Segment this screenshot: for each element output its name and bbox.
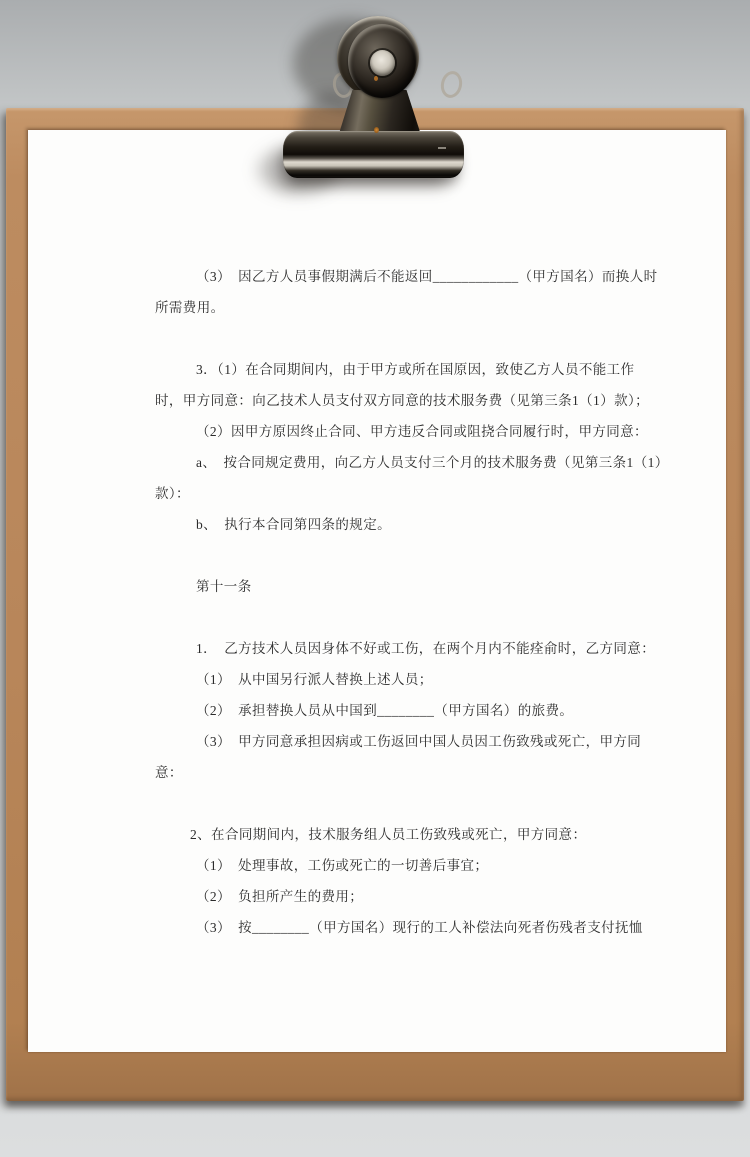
- doc-heading-article-11: 第十一条: [155, 571, 655, 602]
- doc-line-blank: [155, 602, 655, 633]
- doc-line: 3．（1）在合同期间内，由于甲方或所在国原因，致使乙方人员不能工作: [155, 354, 655, 385]
- doc-line-blank: [155, 788, 655, 819]
- doc-line: （2）因甲方原因终止合同、甲方违反合同或阻挠合同履行时，甲方同意：: [155, 416, 655, 447]
- doc-line-blank: [155, 323, 655, 354]
- document-text: （3） 因乙方人员事假期满后不能返回____________（甲方国名）而换人时…: [155, 261, 655, 943]
- doc-line: （2） 负担所产生的费用；: [155, 881, 655, 912]
- doc-line: 款）：: [155, 478, 655, 509]
- doc-line: 时，甲方同意：向乙技术人员支付双方同意的技术服务费（见第三条1（1）款）；: [155, 385, 655, 416]
- doc-line: （3） 因乙方人员事假期满后不能返回____________（甲方国名）而换人时: [155, 261, 655, 292]
- clip-knob-back-ring: [337, 16, 419, 98]
- clip-wire-left: [331, 70, 355, 99]
- doc-line: （1） 从中国另行派人替换上述人员；: [155, 664, 655, 695]
- doc-line: a、 按合同规定费用，向乙方人员支付三个月的技术服务费（见第三条1（1）: [155, 447, 655, 478]
- clip-knob-hole: [370, 50, 395, 76]
- doc-line: （3） 按________（甲方国名）现行的工人补偿法向死者伤残者支付抚恤: [155, 912, 655, 943]
- doc-line: 1． 乙方技术人员因身体不好或工伤，在两个月内不能痊俞时，乙方同意：: [155, 633, 655, 664]
- scene: （3） 因乙方人员事假期满后不能返回____________（甲方国名）而换人时…: [0, 0, 750, 1157]
- clip-knob-glint: [374, 76, 378, 81]
- doc-line: b、 执行本合同第四条的规定。: [155, 509, 655, 540]
- clip-wire-right: [438, 69, 464, 100]
- doc-line: 所需费用。: [155, 292, 655, 323]
- doc-line-blank: [155, 540, 655, 571]
- doc-line: （1） 处理事故，工伤或死亡的一切善后事宜；: [155, 850, 655, 881]
- doc-line: 2、在合同期间内，技术服务组人员工伤致残或死亡，甲方同意：: [155, 819, 655, 850]
- doc-line: 意：: [155, 757, 655, 788]
- paper-sheet: （3） 因乙方人员事假期满后不能返回____________（甲方国名）而换人时…: [28, 130, 726, 1052]
- clip-wall-shadow: [293, 18, 408, 110]
- clip-knob: [348, 24, 416, 98]
- doc-line: （3） 甲方同意承担因病或工伤返回中国人员因工伤致残或死亡，甲方同: [155, 726, 655, 757]
- doc-line: （2） 承担替换人员从中国到________（甲方国名）的旅费。: [155, 695, 655, 726]
